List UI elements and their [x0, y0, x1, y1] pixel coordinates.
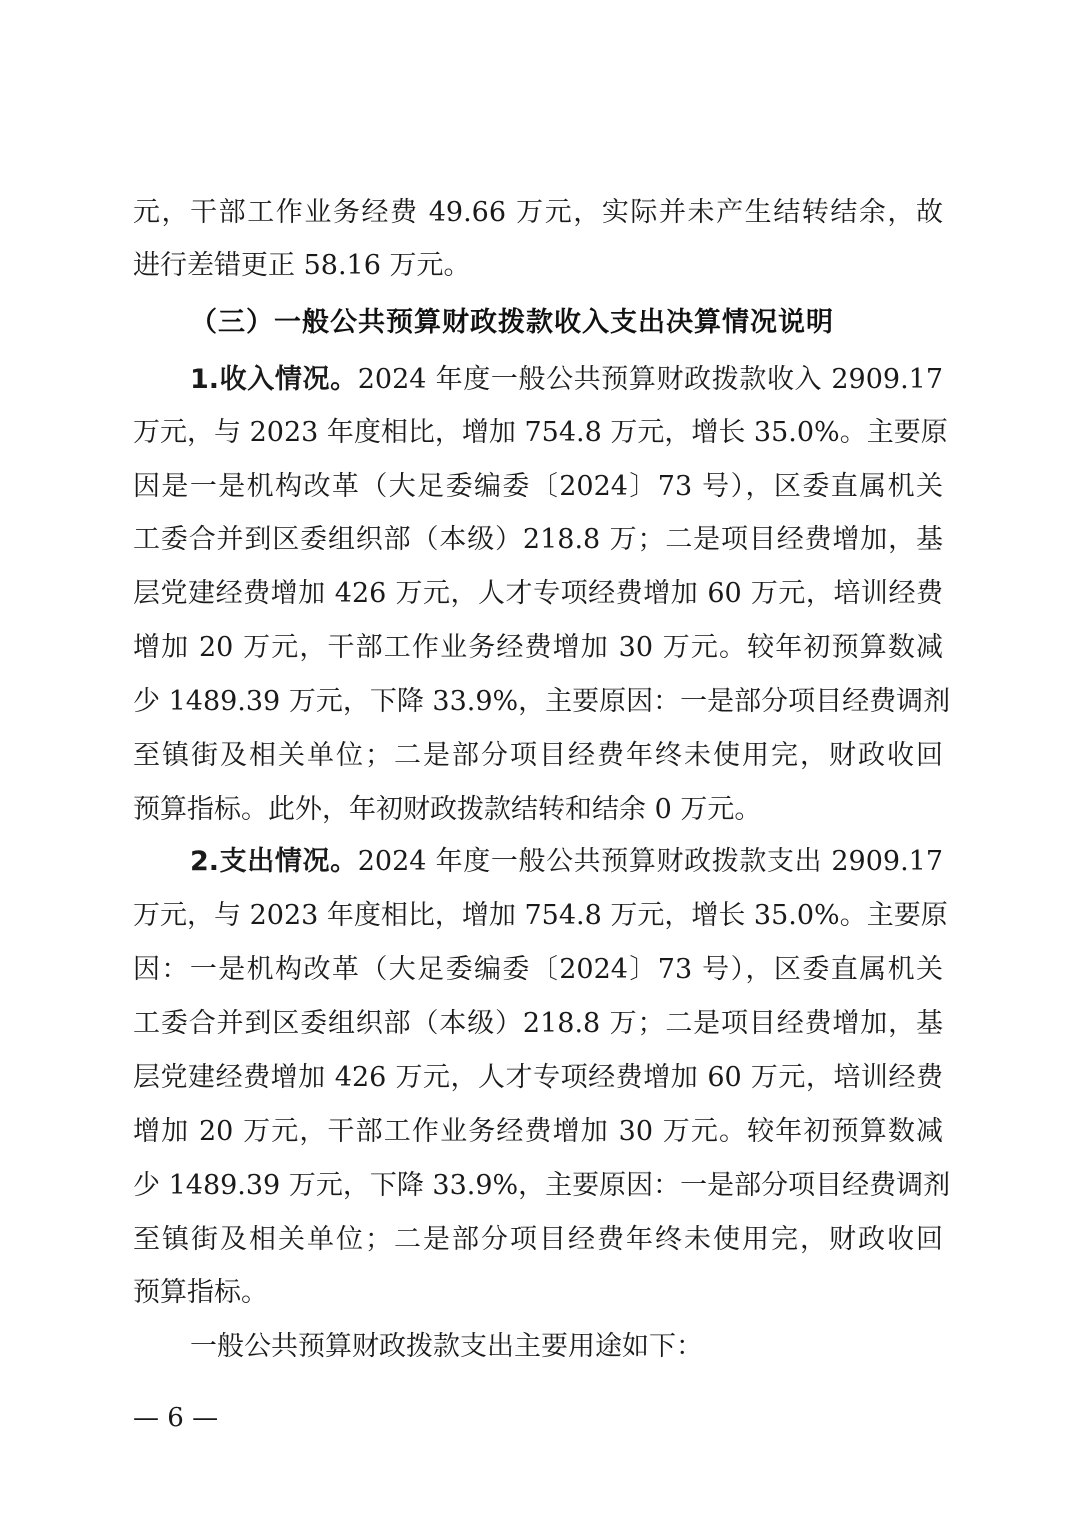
- paragraph-line: 因：一是机构改革（大足委编委〔2024〕73 号），区委直属机关: [133, 950, 943, 990]
- income-first-line: 1.收入情况。2024 年度一般公共预算财政拨款收入 2909.17: [190, 360, 943, 400]
- usage-intro: 一般公共预算财政拨款支出主要用途如下：: [190, 1327, 943, 1367]
- paragraph-line: 层党建经费增加 426 万元，人才专项经费增加 60 万元，培训经费: [133, 574, 943, 614]
- paragraph-line: 万元，与 2023 年度相比，增加 754.8 万元，增长 35.0%。主要原: [133, 413, 943, 453]
- paragraph-line: 增加 20 万元，干部工作业务经费增加 30 万元。较年初预算数减: [133, 628, 943, 668]
- paragraph-line: 层党建经费增加 426 万元，人才专项经费增加 60 万元，培训经费: [133, 1058, 943, 1098]
- expenditure-line-text: 2024 年度一般公共预算财政拨款支出 2909.17: [358, 846, 943, 877]
- paragraph-line: 预算指标。: [133, 1273, 943, 1313]
- paragraph-line: 至镇街及相关单位；二是部分项目经费年终未使用完，财政收回: [133, 1220, 943, 1260]
- paragraph-line: 进行差错更正 58.16 万元。: [133, 246, 943, 286]
- expenditure-lead: 2.支出情况。: [190, 846, 358, 877]
- paragraph-line: 增加 20 万元，干部工作业务经费增加 30 万元。较年初预算数减: [133, 1112, 943, 1152]
- expenditure-first-line: 2.支出情况。2024 年度一般公共预算财政拨款支出 2909.17: [190, 842, 943, 882]
- paragraph-line: 至镇街及相关单位；二是部分项目经费年终未使用完，财政收回: [133, 736, 943, 776]
- page-number: — 6 —: [133, 1400, 218, 1436]
- paragraph-line: 工委合并到区委组织部（本级）218.8 万；二是项目经费增加，基: [133, 520, 943, 560]
- paragraph-line: 万元，与 2023 年度相比，增加 754.8 万元，增长 35.0%。主要原: [133, 896, 943, 936]
- section-heading: （三）一般公共预算财政拨款收入支出决算情况说明: [190, 303, 870, 343]
- document-page: 元，干部工作业务经费 49.66 万元，实际并未产生结转结余，故 进行差错更正 …: [0, 0, 1074, 1520]
- paragraph-line: 因是一是机构改革（大足委编委〔2024〕73 号），区委直属机关: [133, 467, 943, 507]
- paragraph-line: 少 1489.39 万元，下降 33.9%，主要原因：一是部分项目经费调剂: [133, 682, 943, 722]
- paragraph-line: 工委合并到区委组织部（本级）218.8 万；二是项目经费增加，基: [133, 1004, 943, 1044]
- paragraph-line: 少 1489.39 万元，下降 33.9%，主要原因：一是部分项目经费调剂: [133, 1166, 943, 1206]
- income-lead: 1.收入情况。: [190, 364, 358, 395]
- paragraph-line: 预算指标。此外，年初财政拨款结转和结余 0 万元。: [133, 790, 943, 830]
- paragraph-line: 元，干部工作业务经费 49.66 万元，实际并未产生结转结余，故: [133, 193, 943, 233]
- income-line-text: 2024 年度一般公共预算财政拨款收入 2909.17: [358, 364, 943, 395]
